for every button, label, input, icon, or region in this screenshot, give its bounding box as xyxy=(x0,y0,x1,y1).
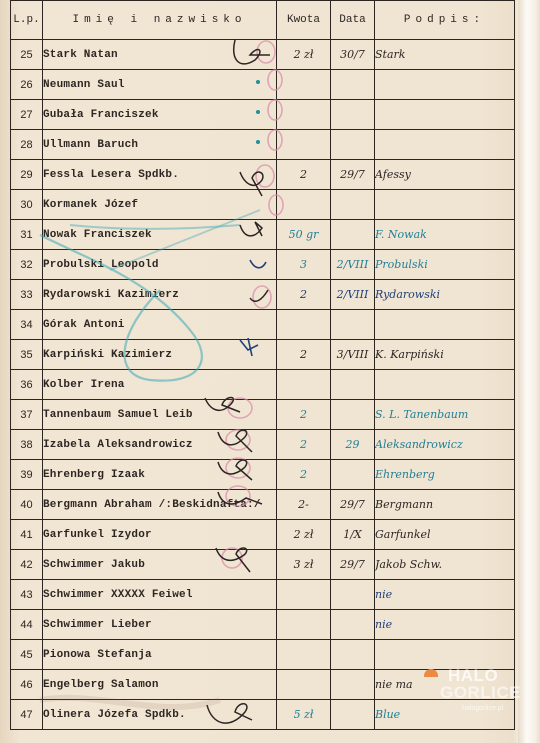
date xyxy=(331,460,375,490)
ledger-row: 29Fessla Lesera Spdkb.229/7Afessy xyxy=(11,160,515,190)
date: 29/7 xyxy=(331,550,375,580)
ledger-row: 44Schwimmer Liebernie xyxy=(11,610,515,640)
sun-logo-icon xyxy=(424,669,438,677)
signature xyxy=(375,190,515,220)
signature xyxy=(375,70,515,100)
signature xyxy=(375,130,515,160)
row-number: 42 xyxy=(11,550,43,580)
date xyxy=(331,370,375,400)
amount xyxy=(277,310,331,340)
row-number: 38 xyxy=(11,430,43,460)
amount: 2 xyxy=(277,340,331,370)
amount xyxy=(277,190,331,220)
ledger-table: L.p. Imię i nazwisko Kwota Data Podpis: … xyxy=(10,0,515,730)
signature: F. Nowak xyxy=(375,220,515,250)
row-number: 45 xyxy=(11,640,43,670)
row-number: 46 xyxy=(11,670,43,700)
signature: Aleksandrowicz xyxy=(375,430,515,460)
date xyxy=(331,130,375,160)
signature xyxy=(375,310,515,340)
signature xyxy=(375,100,515,130)
person-name: Tannenbaum Samuel Leib xyxy=(43,400,277,430)
ledger-row: 40Bergmann Abraham /:Beskidnafta:/2-29/7… xyxy=(11,490,515,520)
amount xyxy=(277,100,331,130)
person-name: Rydarowski Kazimierz xyxy=(43,280,277,310)
watermark-line2: GORLICE xyxy=(440,683,521,703)
person-name: Bergmann Abraham /:Beskidnafta:/ xyxy=(43,490,277,520)
date xyxy=(331,610,375,640)
row-number: 29 xyxy=(11,160,43,190)
row-number: 40 xyxy=(11,490,43,520)
person-name: Schwimmer XXXXX Feiwel xyxy=(43,580,277,610)
row-number: 47 xyxy=(11,700,43,730)
person-name: Pionowa Stefanja xyxy=(43,640,277,670)
row-number: 28 xyxy=(11,130,43,160)
ledger-row: 43Schwimmer XXXXX Feiwelnie xyxy=(11,580,515,610)
signature: Afessy xyxy=(375,160,515,190)
date xyxy=(331,700,375,730)
row-number: 27 xyxy=(11,100,43,130)
date xyxy=(331,580,375,610)
ledger-row: 37Tannenbaum Samuel Leib2S. L. Tanenbaum xyxy=(11,400,515,430)
amount: 2 xyxy=(277,280,331,310)
amount: 2 xyxy=(277,430,331,460)
person-name: Garfunkel Izydor xyxy=(43,520,277,550)
amount: 5 zł xyxy=(277,700,331,730)
date: 3/VIII xyxy=(331,340,375,370)
person-name: Kormanek Józef xyxy=(43,190,277,220)
signature: nie xyxy=(375,580,515,610)
date: 1/X xyxy=(331,520,375,550)
row-number: 33 xyxy=(11,280,43,310)
column-header-lp: L.p. xyxy=(11,1,43,40)
person-name: Stark Natan xyxy=(43,40,277,70)
person-name: Nowak Franciszek xyxy=(43,220,277,250)
ledger-row: 34Górak Antoni xyxy=(11,310,515,340)
amount xyxy=(277,70,331,100)
watermark-url: halogorlice.pl xyxy=(462,705,503,712)
row-number: 37 xyxy=(11,400,43,430)
amount xyxy=(277,580,331,610)
signature: Stark xyxy=(375,40,515,70)
amount xyxy=(277,640,331,670)
person-name: Kolber Irena xyxy=(43,370,277,400)
date xyxy=(331,190,375,220)
person-name: Fessla Lesera Spdkb. xyxy=(43,160,277,190)
ledger-row: 42Schwimmer Jakub3 zł29/7Jakob Schw. xyxy=(11,550,515,580)
amount xyxy=(277,610,331,640)
amount: 2 xyxy=(277,160,331,190)
date xyxy=(331,670,375,700)
date xyxy=(331,70,375,100)
ledger-row: 25Stark Natan2 zł30/7Stark xyxy=(11,40,515,70)
signature: nie xyxy=(375,610,515,640)
date xyxy=(331,310,375,340)
person-name: Ullmann Baruch xyxy=(43,130,277,160)
date xyxy=(331,100,375,130)
amount xyxy=(277,370,331,400)
row-number: 39 xyxy=(11,460,43,490)
ledger-row: 28Ullmann Baruch xyxy=(11,130,515,160)
signature: Probulski xyxy=(375,250,515,280)
date xyxy=(331,220,375,250)
ledger-row: 41Garfunkel Izydor2 zł1/XGarfunkel xyxy=(11,520,515,550)
column-header-data: Data xyxy=(331,1,375,40)
date: 2/VIII xyxy=(331,250,375,280)
column-header-name: Imię i nazwisko xyxy=(43,1,277,40)
row-number: 25 xyxy=(11,40,43,70)
date: 29 xyxy=(331,430,375,460)
ledger-row: 35Karpiński Kazimierz23/VIIIK. Karpiński xyxy=(11,340,515,370)
row-number: 44 xyxy=(11,610,43,640)
ledger-row: 32Probulski Leopold32/VIIIProbulski xyxy=(11,250,515,280)
person-name: Olinera Józefa Spdkb. xyxy=(43,700,277,730)
person-name: Schwimmer Lieber xyxy=(43,610,277,640)
column-header-podpis: Podpis: xyxy=(375,1,515,40)
ledger-row: 31Nowak Franciszek50 grF. Nowak xyxy=(11,220,515,250)
amount: 2 zł xyxy=(277,40,331,70)
date xyxy=(331,640,375,670)
ledger-row: 38Izabela Aleksandrowicz229Aleksandrowic… xyxy=(11,430,515,460)
date: 29/7 xyxy=(331,160,375,190)
column-header-kwota: Kwota xyxy=(277,1,331,40)
amount: 2- xyxy=(277,490,331,520)
signature: Jakob Schw. xyxy=(375,550,515,580)
amount xyxy=(277,670,331,700)
signature: Garfunkel xyxy=(375,520,515,550)
date: 29/7 xyxy=(331,490,375,520)
amount: 2 xyxy=(277,460,331,490)
row-number: 35 xyxy=(11,340,43,370)
ledger-row: 33Rydarowski Kazimierz22/VIIIRydarowski xyxy=(11,280,515,310)
person-name: Górak Antoni xyxy=(43,310,277,340)
person-name: Probulski Leopold xyxy=(43,250,277,280)
signature xyxy=(375,370,515,400)
amount xyxy=(277,130,331,160)
row-number: 30 xyxy=(11,190,43,220)
row-number: 31 xyxy=(11,220,43,250)
amount: 2 zł xyxy=(277,520,331,550)
ledger-row: 30Kormanek Józef xyxy=(11,190,515,220)
signature: S. L. Tanenbaum xyxy=(375,400,515,430)
signature: Bergmann xyxy=(375,490,515,520)
person-name: Ehrenberg Izaak xyxy=(43,460,277,490)
signature: K. Karpiński xyxy=(375,340,515,370)
ledger-row: 27Gubała Franciszek xyxy=(11,100,515,130)
signature: Rydarowski xyxy=(375,280,515,310)
date xyxy=(331,400,375,430)
person-name: Gubała Franciszek xyxy=(43,100,277,130)
ledger-row: 36Kolber Irena xyxy=(11,370,515,400)
row-number: 41 xyxy=(11,520,43,550)
header-row: L.p. Imię i nazwisko Kwota Data Podpis: xyxy=(11,1,515,40)
amount: 50 gr xyxy=(277,220,331,250)
person-name: Izabela Aleksandrowicz xyxy=(43,430,277,460)
halo-gorlice-watermark: HALO GORLICE halogorlice.pl xyxy=(418,655,540,743)
ledger-row: 26Neumann Saul xyxy=(11,70,515,100)
ledger-row: 39Ehrenberg Izaak2Ehrenberg xyxy=(11,460,515,490)
row-number: 36 xyxy=(11,370,43,400)
amount: 3 zł xyxy=(277,550,331,580)
person-name: Neumann Saul xyxy=(43,70,277,100)
date: 30/7 xyxy=(331,40,375,70)
signature: Ehrenberg xyxy=(375,460,515,490)
amount: 2 xyxy=(277,400,331,430)
row-number: 43 xyxy=(11,580,43,610)
ledger-body: 25Stark Natan2 zł30/7Stark26Neumann Saul… xyxy=(11,40,515,730)
date: 2/VIII xyxy=(331,280,375,310)
row-number: 26 xyxy=(11,70,43,100)
person-name: Karpiński Kazimierz xyxy=(43,340,277,370)
person-name: Schwimmer Jakub xyxy=(43,550,277,580)
row-number: 32 xyxy=(11,250,43,280)
row-number: 34 xyxy=(11,310,43,340)
paper-edge xyxy=(518,0,540,743)
amount: 3 xyxy=(277,250,331,280)
person-name: Engelberg Salamon xyxy=(43,670,277,700)
